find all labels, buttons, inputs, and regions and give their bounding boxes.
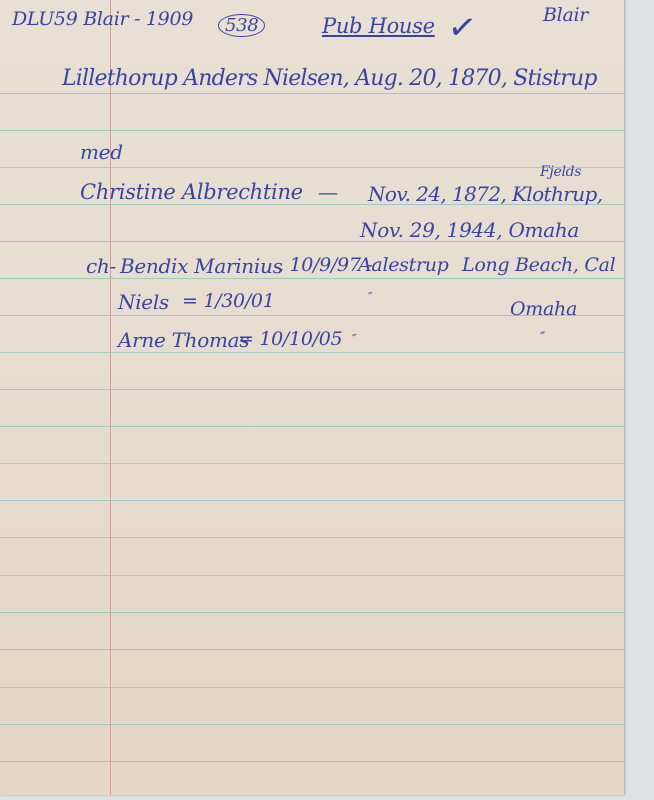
notebook-page: DLU59 Blair - 1909 538 Pub House ✓ Blair…	[0, 0, 624, 795]
child-name: Bendix Marinius	[120, 254, 283, 278]
rule-line	[0, 649, 624, 650]
children-prefix: ch-	[86, 254, 116, 278]
child-place: ″	[368, 290, 372, 304]
rule-line	[0, 352, 624, 353]
header-title: Pub House	[322, 14, 435, 38]
checkmark-icon: ✓	[445, 6, 479, 50]
child-place: Aalestrup	[358, 254, 449, 276]
child-residence: ″	[540, 330, 545, 346]
spouse-name: Christine Albrechtine	[80, 180, 303, 204]
rule-line	[0, 426, 624, 427]
child-residence: Omaha	[510, 298, 577, 320]
rule-line	[0, 500, 624, 501]
rule-line	[0, 130, 624, 131]
child-place: ″	[352, 332, 356, 346]
rule-line	[0, 167, 624, 168]
spouse-birth: Nov. 24, 1872, Klothrup,	[368, 182, 602, 206]
child-residence: Long Beach, Cal	[462, 254, 615, 276]
record-number: 538	[218, 14, 265, 37]
child-date: = 10/10/05	[238, 328, 342, 350]
married-label: med	[80, 140, 123, 164]
spouse-death: Nov. 29, 1944, Omaha	[360, 218, 579, 242]
rule-line	[0, 278, 624, 279]
rule-line	[0, 724, 624, 725]
main-entry: Lillethorup Anders Nielsen, Aug. 20, 187…	[62, 66, 597, 91]
rule-line	[0, 761, 624, 762]
rule-line	[0, 537, 624, 538]
margin-line	[110, 0, 111, 795]
rule-line	[0, 93, 624, 94]
reference-note: DLU59 Blair - 1909	[12, 8, 193, 30]
child-name: Arne Thomas	[118, 328, 249, 352]
child-date: = 1/30/01	[182, 290, 275, 312]
rule-line	[0, 389, 624, 390]
rule-line	[0, 687, 624, 688]
rule-line	[0, 612, 624, 613]
corner-note: Blair	[543, 4, 588, 26]
child-name: Niels	[118, 290, 169, 314]
rule-line	[0, 463, 624, 464]
rule-line	[0, 575, 624, 576]
spouse-birth-note: Fjelds	[540, 164, 581, 180]
spouse-dash: —	[318, 180, 338, 204]
